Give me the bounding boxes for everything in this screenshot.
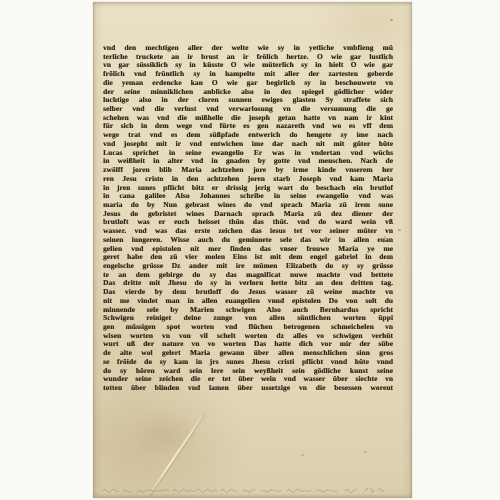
text-line: zwölff joren blib Maria achtzehen jore b… [103,166,393,175]
text-line: wisen worten vn von vil schelt worten dz… [103,332,393,341]
manuscript-page: vnd den mechtigen aller der welte wie sy… [93,2,412,498]
text-line: Das vierde by dem brutloff do Jesus wass… [103,288,393,297]
text-line: geret habe den zü vier molen Eins ist mi… [103,253,393,262]
foxing-spot [390,19,393,21]
text-line: terliche truckete an ir brust an ir fröl… [103,53,393,62]
text-line: gelien vnd epistolen nit mer finden das … [103,245,393,254]
text-line: wege trat vnd es dem süßpfade entwerich … [103,131,393,140]
text-line: Lucas sprichet in seine ewangelio Er was… [103,149,393,158]
text-line: in weißheit in alter vnd in gnaden by go… [103,157,393,166]
text-line: wasser. vnd was das erste zeichen das ie… [103,227,393,236]
text-line: für sich in dem wege vnd fürte es gen na… [103,122,393,131]
text-line: engelsche grüsse Dz ander mit ire mümen … [103,262,393,271]
pencil-inscription [101,484,399,496]
text-line: luchtige also in der cloren sunnen ewige… [103,96,393,105]
text-line: Schwigen reiniget deine zunge von allen … [103,314,393,323]
text-line: in cana galilee Also Johannes schribe in… [103,192,393,201]
foxing-spot [384,236,386,238]
foxing-spot [364,451,367,453]
text-line: te an dem gebirge do sy das magnificat n… [103,271,393,280]
text-line: frölich vnd früntlich sy in hampelte mit… [103,70,393,79]
foxing-spot [301,454,304,456]
text-line: selber vnd die verlust vnd verwarlosung … [103,105,393,114]
text-line: schehen was vnd die mißhelle die joseph … [103,114,393,123]
text-line: do sy hören ward sein lere sein weyßheit… [103,367,393,376]
foxing-spot [398,229,401,231]
text-line: ren Jesu cristo in den achtzehen joren s… [103,175,393,184]
printed-text-block: vnd den mechtigen aller der welte wie sy… [103,44,393,393]
text-line: Das dritte mit Jhesu do sy in verlorn he… [103,279,393,288]
text-line: Jesus do gebristet wines Darnach sprach … [103,210,393,219]
text-line: nit me vindet man in allen euangelien vn… [103,297,393,306]
text-line: vnd josepht mit ir vnd entwichen ime dar… [103,140,393,149]
text-line: totten über blinden vnd lamen über usset… [103,384,393,393]
text-line: vn gar süssiklich sy in küsste O wie müt… [103,61,393,70]
text-line: maria do by Nun gebrast wines do vnd spr… [103,201,393,210]
text-line: se fröide do sy kam in jrs sunes Jhesu c… [103,358,393,367]
text-line: wunder seine zeichen die er tet über wei… [103,375,393,384]
foxing-spot [384,57,387,60]
text-line: in jren sunes pflicht bitz er drissig je… [103,184,393,193]
text-line: wurt uß der nature vn vo worten Das hatt… [103,340,393,349]
text-line: seinen iungeren. Wisse auch du geminnete… [103,236,393,245]
photo-background: vnd den mechtigen aller der welte wie sy… [0,0,500,500]
text-line: minnende sele by Marien schwigen Also au… [103,306,393,315]
text-line: gen müssigen spot worten vnd flüchen bet… [103,323,393,332]
text-line: brutloft was er euch heisset thün das th… [103,218,393,227]
text-line: de alte wol gelert Maria gewann über all… [103,349,393,358]
text-line: vnd den mechtigen aller der welte wie sy… [103,44,393,53]
text-line: der seine minniklichen anblicke also in … [103,88,393,97]
text-line: die yeman erdencke kan O wie gar begirli… [103,79,393,88]
